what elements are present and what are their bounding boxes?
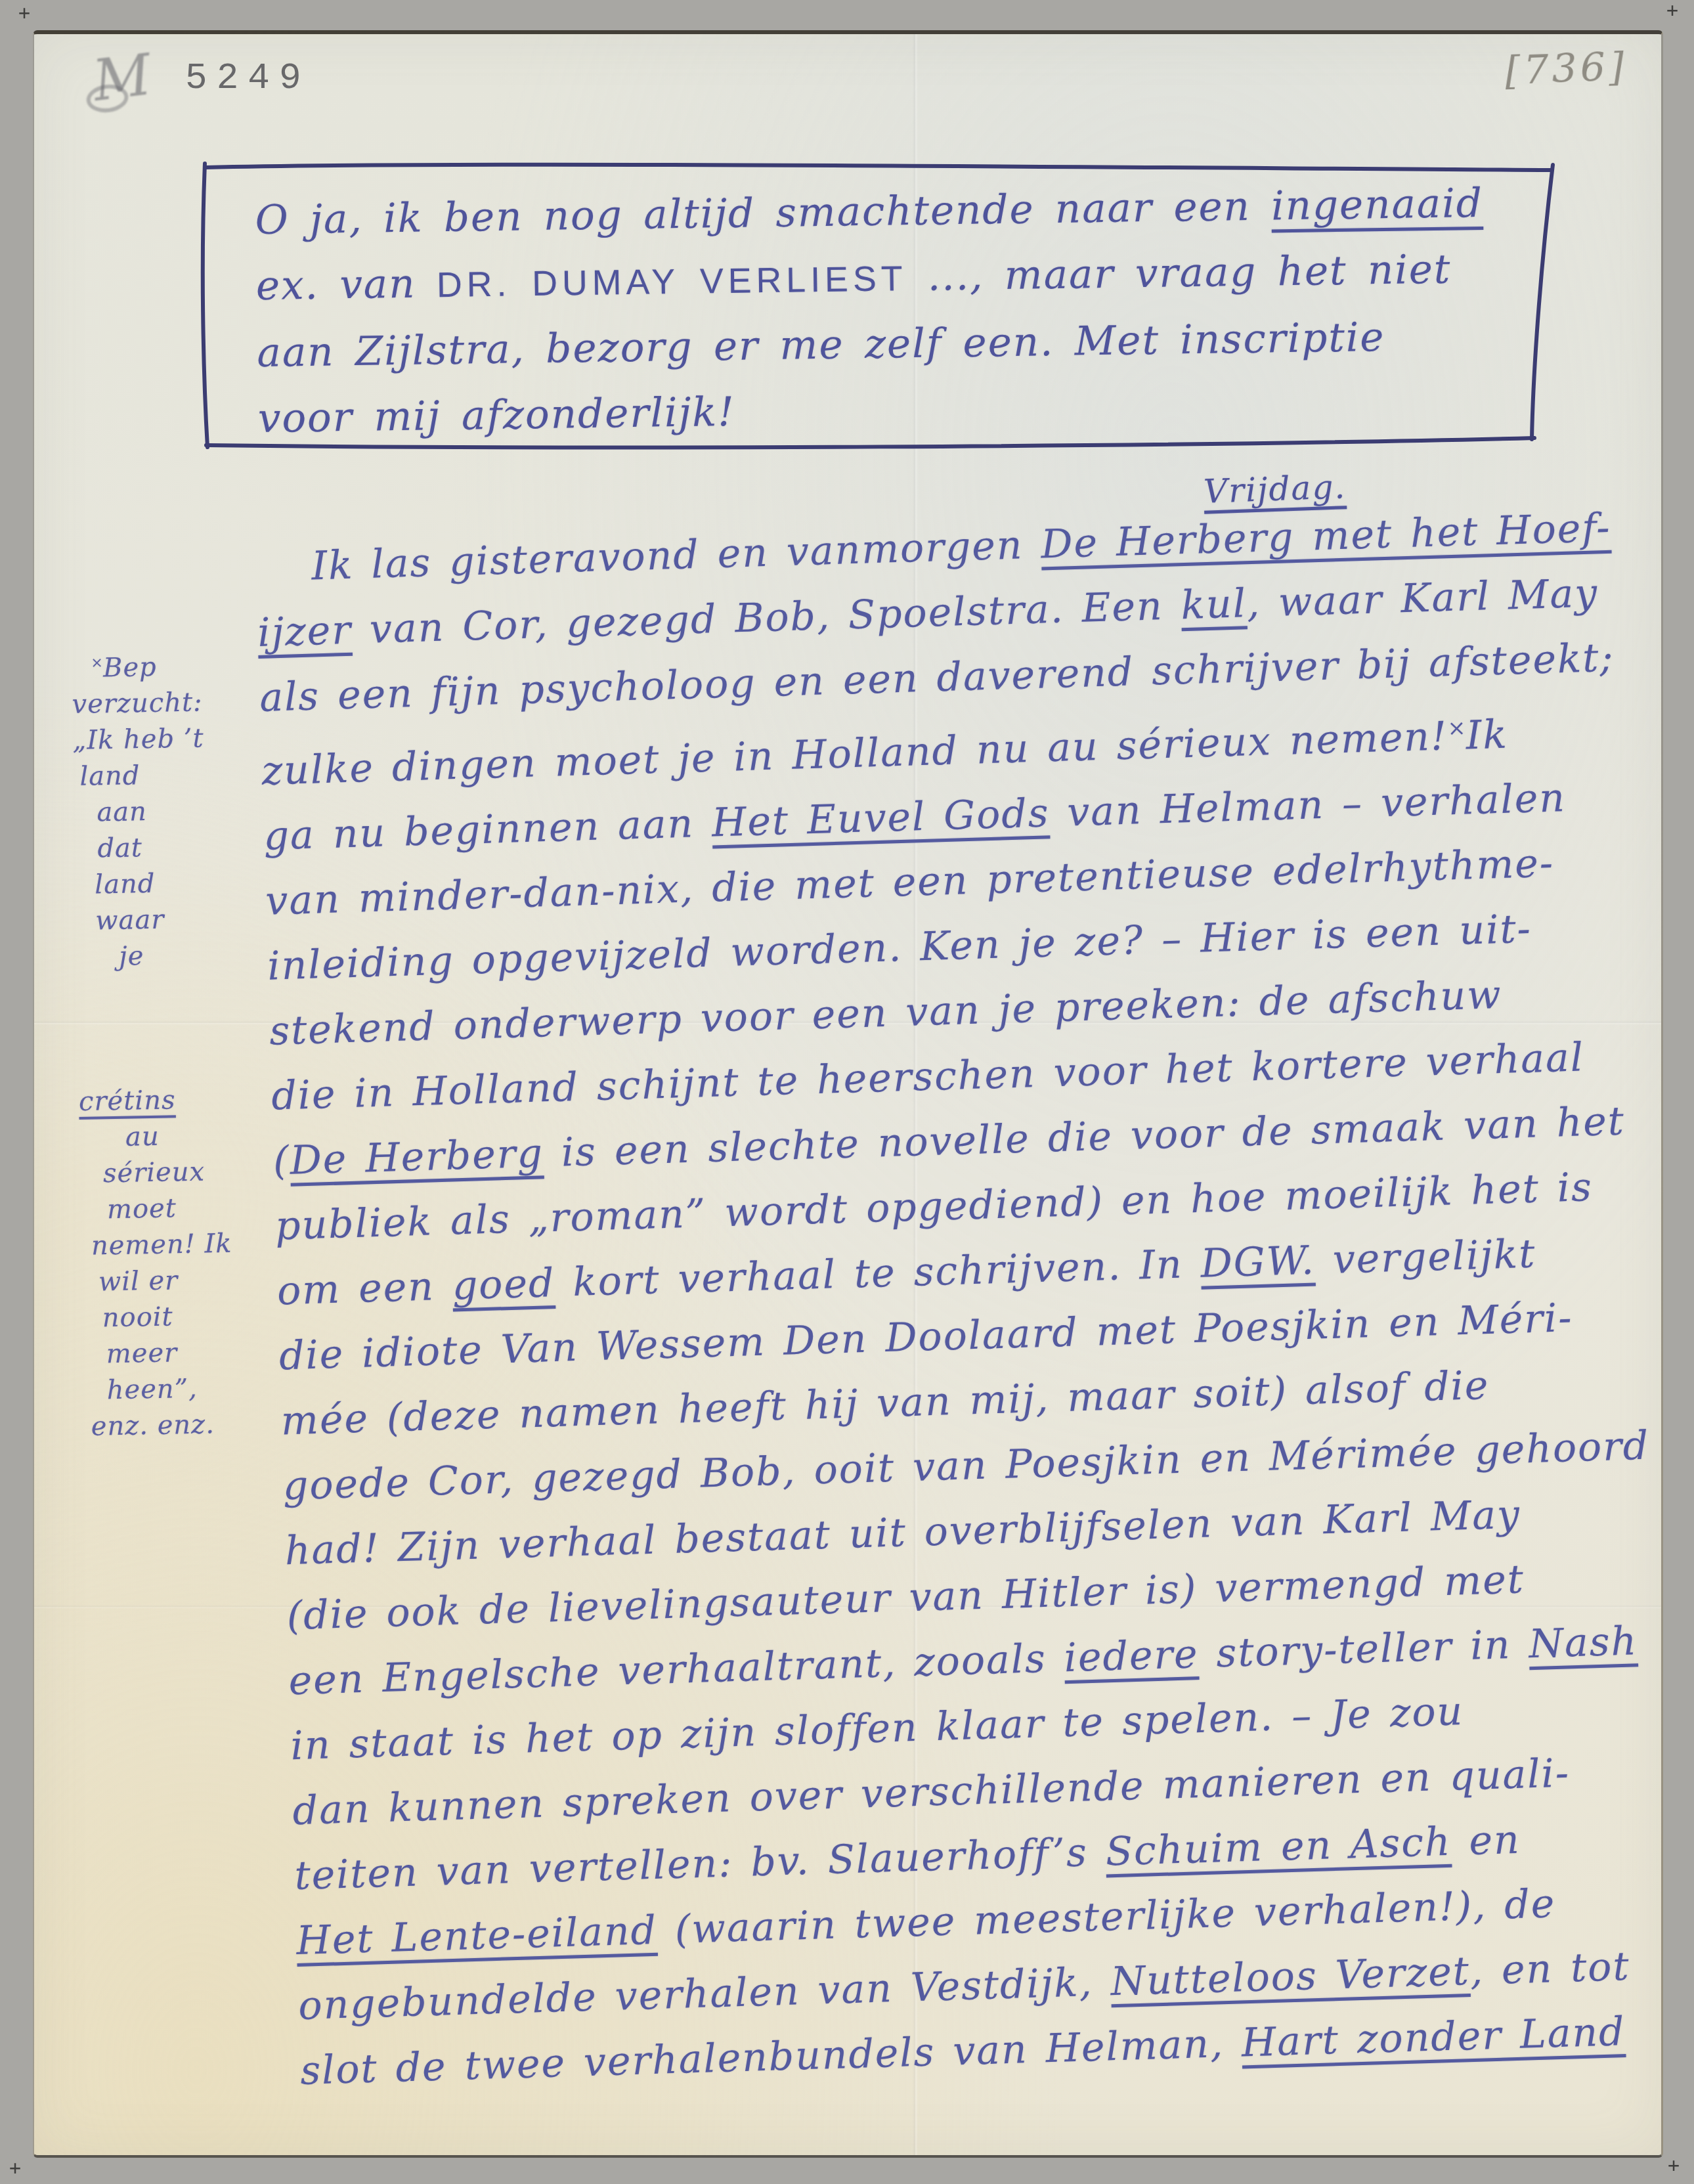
underlined-text: Het Lente-eiland	[295, 1908, 657, 1964]
text-segment: Ik	[1466, 712, 1509, 759]
text-segment: land	[95, 869, 156, 900]
handwriting-line: verzucht:	[72, 684, 223, 723]
margin-note: ×Bepverzucht:„Ik heb ’tlandaandatlandwaa…	[71, 643, 236, 1445]
text-segment: ex. van	[256, 260, 437, 309]
underlined-text: Hart zonder Land	[1241, 2009, 1626, 2066]
text-segment: nooit	[102, 1302, 173, 1334]
underlined-text: Nash	[1528, 1618, 1638, 1667]
handwriting-line: nemen! Ik	[91, 1226, 233, 1265]
underlined-text: goed	[452, 1260, 555, 1309]
archive-page-number: [736]	[1504, 44, 1628, 94]
text-segment: ..., maar vraag het niet	[907, 246, 1452, 301]
text-segment: je	[119, 941, 144, 972]
underlined-text: De Herberg met het Hoef-	[1040, 505, 1611, 568]
text-segment: kort verhaal te schrijven. In	[554, 1241, 1201, 1306]
text-segment: verzucht:	[72, 688, 203, 720]
handwriting-line: waar	[95, 901, 227, 939]
text-segment: enz. enz.	[91, 1410, 215, 1442]
handwriting-line: land	[79, 756, 225, 795]
handwriting-line	[77, 973, 228, 1012]
handwriting-line: land	[95, 865, 227, 903]
underlined-text: ijzer	[257, 607, 353, 656]
text-segment: om een	[276, 1263, 453, 1315]
underlined-text: iedere	[1064, 1631, 1200, 1681]
text-segment: aan	[97, 797, 147, 827]
stamp-monogram: M	[90, 47, 154, 110]
text-segment: heen”,	[106, 1374, 198, 1405]
text-segment: , en tot	[1469, 1944, 1631, 1994]
text-segment	[77, 978, 87, 1009]
text-segment: „Ik heb ’t	[72, 724, 204, 756]
footnote-mark: ×	[1447, 714, 1466, 741]
text-segment	[77, 1015, 87, 1045]
text-segment	[78, 1051, 88, 1081]
text-segment: DR. DUMAY VERLIEST	[436, 259, 907, 305]
underlined-text: Schuim en Asch	[1105, 1819, 1452, 1875]
text-segment: O ja, ik ben nog altijd smachtende naar …	[255, 183, 1272, 244]
underlined-text: kul	[1181, 580, 1248, 628]
underlined-text: Nutteloos Verzet	[1110, 1948, 1471, 2005]
text-segment: en	[1450, 1817, 1521, 1865]
text-segment: Ik las gisteravond en vanmorgen	[311, 522, 1041, 590]
text-segment: , waar Karl May	[1246, 570, 1599, 626]
text-segment: van Helman – verhalen	[1049, 775, 1567, 836]
note-box: O ja, ik ben nog altijd smachtende naar …	[255, 171, 1487, 452]
underlined-text: De Herberg	[290, 1130, 544, 1183]
text-segment: vergelijkt	[1314, 1231, 1536, 1284]
text-segment: voor mij afzonderlijk!	[257, 389, 735, 442]
handwriting-line: dat	[97, 829, 226, 867]
text-segment: moet	[107, 1194, 177, 1225]
text-segment: wil er	[98, 1266, 179, 1298]
handwriting-line: sérieux	[103, 1154, 232, 1192]
text-segment: land	[79, 761, 141, 793]
text-segment: waar	[95, 905, 165, 936]
text-segment: (	[272, 1138, 290, 1185]
handwriting-line: meer	[106, 1334, 234, 1372]
registration-mark: +	[18, 4, 30, 24]
text-segment: story-teller in	[1198, 1621, 1529, 1677]
registration-mark: +	[9, 2159, 21, 2179]
library-stamp: M5249	[93, 50, 310, 106]
text-segment: aan Zijlstra, bezorg er me zelf een. Met…	[257, 314, 1385, 376]
handwriting-line: enz. enz.	[91, 1407, 236, 1445]
handwriting-line: crétins	[79, 1081, 230, 1120]
handwriting-line	[78, 1045, 230, 1084]
underlined-text: DGW.	[1200, 1238, 1316, 1287]
underlined-text: Het Euvel Gods	[711, 790, 1050, 846]
handwriting-line: „Ik heb ’t	[72, 720, 224, 759]
handwriting-line: au	[125, 1118, 231, 1156]
scan-background: + + + + M5249 [736] O ja, ik ben nog alt…	[0, 0, 1694, 2184]
handwriting-line: aan	[97, 793, 225, 831]
registration-mark: +	[1666, 1, 1678, 21]
handwriting-line: heen”,	[106, 1370, 235, 1409]
text-segment: au	[125, 1122, 160, 1152]
stamp-number: 5249	[185, 57, 310, 99]
underlined-text: crétins	[79, 1085, 176, 1118]
underlined-text: ingenaaid	[1271, 180, 1483, 229]
handwriting-line: nooit	[102, 1298, 234, 1336]
registration-mark: +	[1668, 2156, 1680, 2176]
handwriting-line: je	[119, 937, 228, 975]
handwriting-line: ×Bep	[91, 643, 223, 687]
footnote-mark: ×	[91, 655, 103, 671]
handwriting-line: wil er	[98, 1262, 233, 1301]
handwriting-line	[77, 1009, 229, 1048]
text-segment: dat	[97, 833, 142, 863]
handwriting-line: moet	[107, 1190, 232, 1228]
text-segment: nemen! Ik	[91, 1229, 232, 1261]
body-text: Ik las gisteravond en vanmorgen De Herbe…	[255, 494, 1694, 2104]
text-segment: Bep	[103, 652, 157, 683]
text-segment: sérieux	[103, 1157, 206, 1189]
text-segment: ga nu beginnen aan	[263, 800, 713, 860]
text-segment: meer	[106, 1338, 177, 1370]
